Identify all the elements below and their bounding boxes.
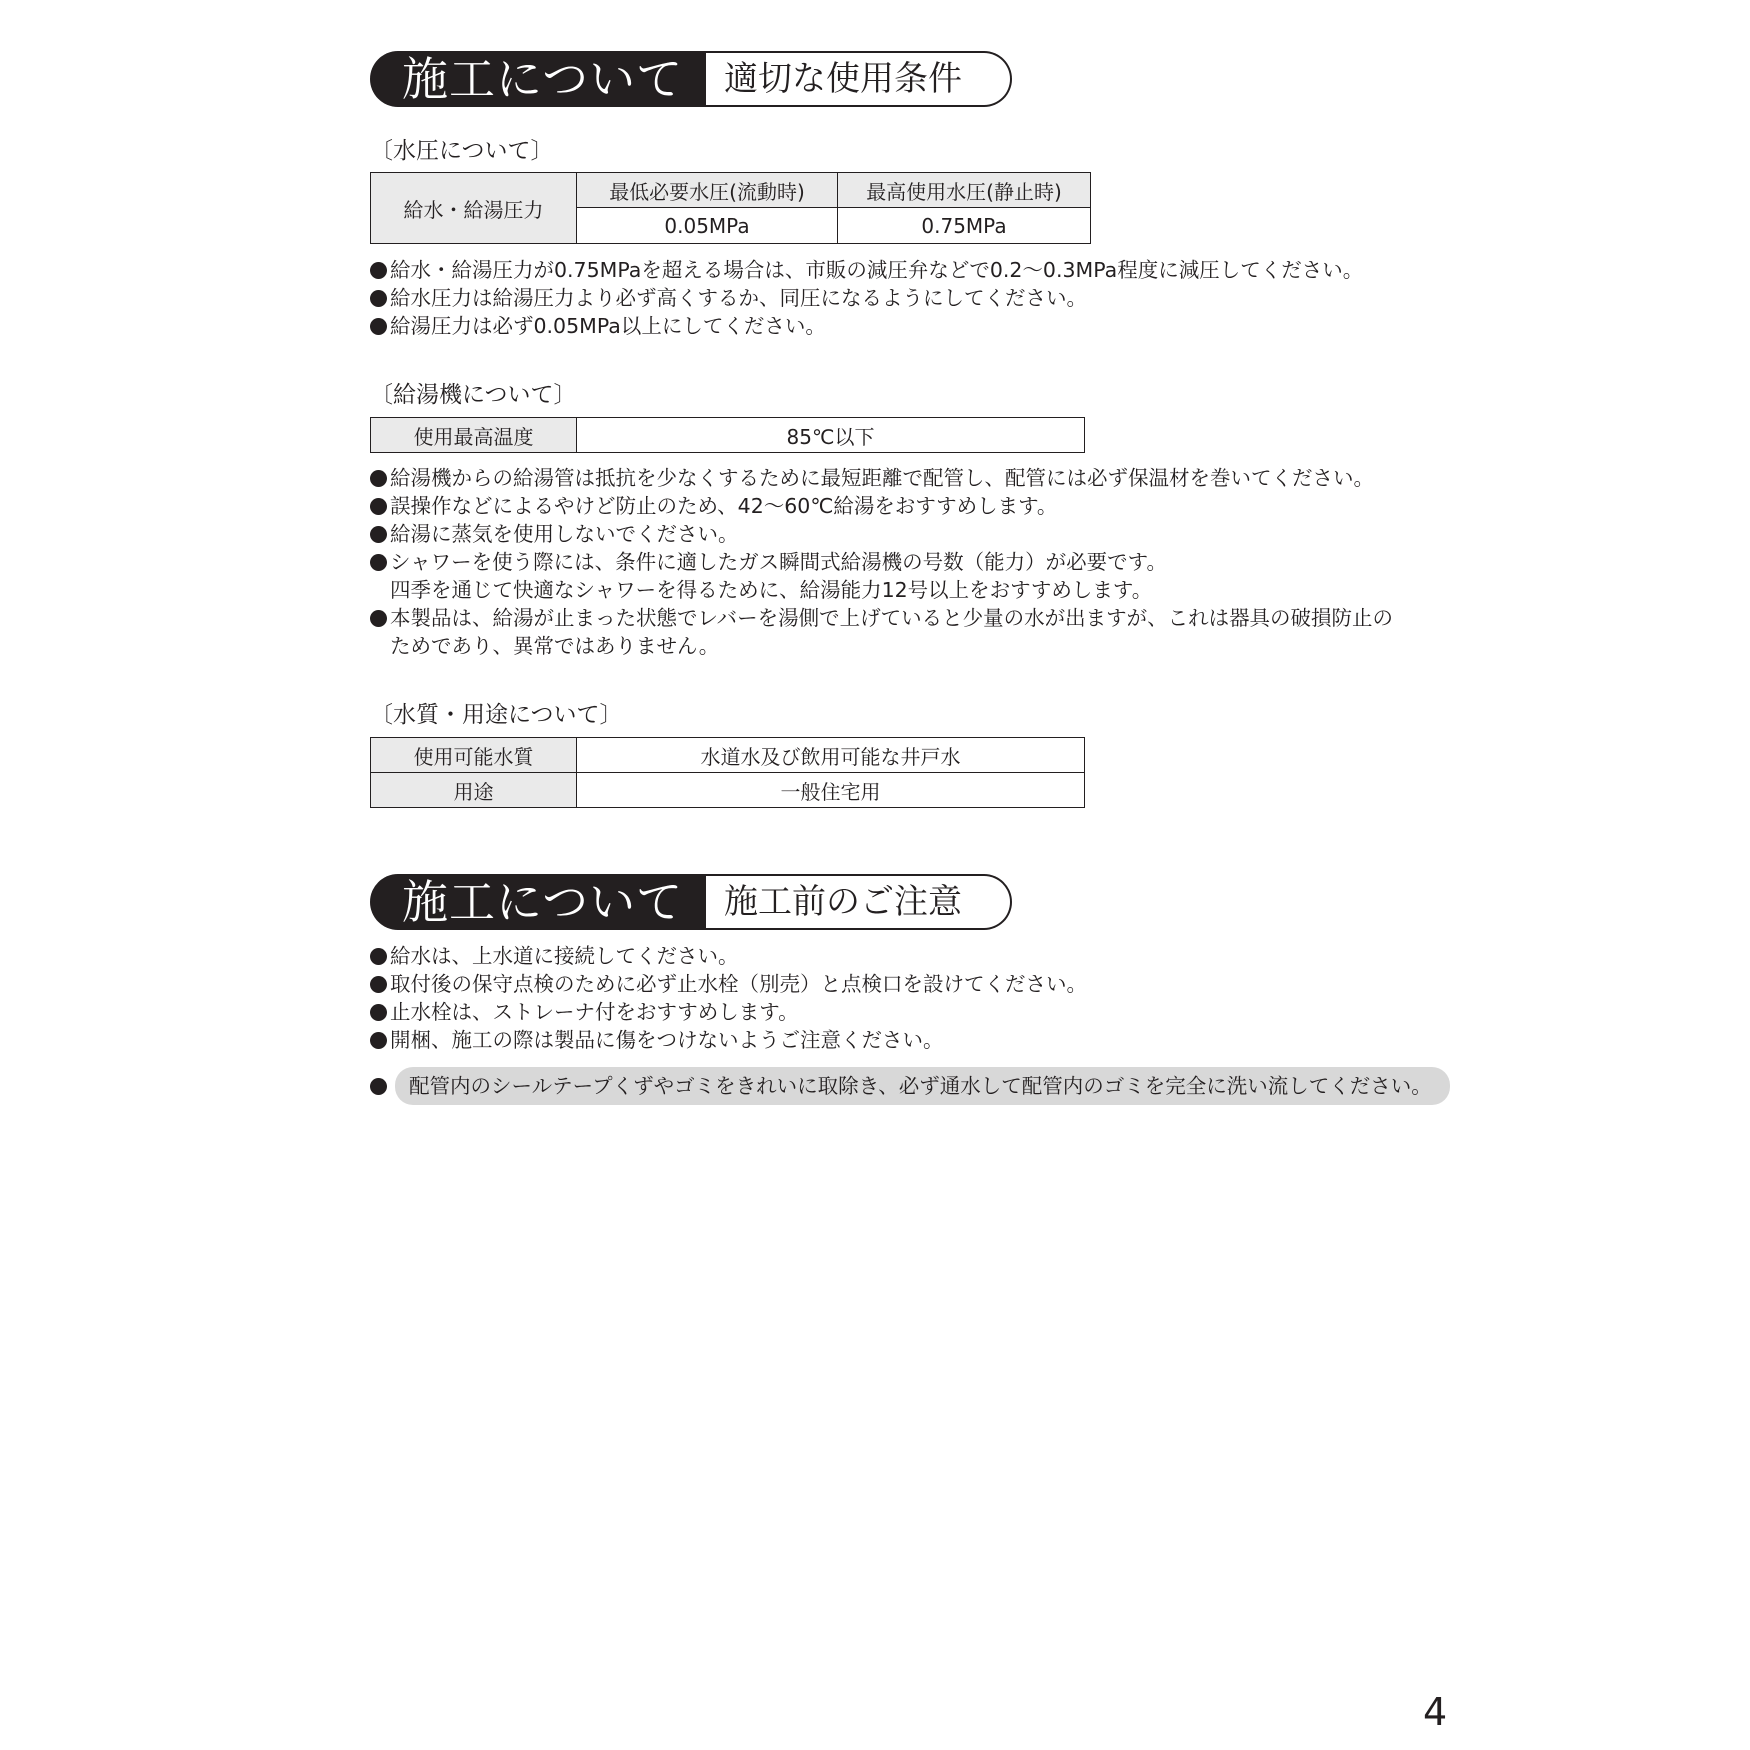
manual-page: 施工について 適切な使用条件 〔水圧について〕 給水・給湯圧力 最低必要水圧(流… <box>0 0 1750 1750</box>
table-cell-min-pressure: 0.05MPa <box>577 208 838 244</box>
highlighted-note-text: 配管内のシールテープくずやゴミをきれいに取除き、必ず通水して配管内のゴミを完全に… <box>395 1067 1450 1105</box>
water-heater-table: 使用最高温度 85℃以下 <box>370 417 1085 453</box>
subhead-water-pressure: 〔水圧について〕 <box>370 136 554 166</box>
list-item: 給水は、上水道に接続してください。 <box>370 942 1087 970</box>
subhead-water-heater: 〔給湯機について〕 <box>370 380 577 410</box>
section-header-pre-installation: 施工について 施工前のご注意 <box>370 874 1012 930</box>
bullet-icon <box>370 1078 387 1095</box>
highlighted-note: 配管内のシールテープくずやゴミをきれいに取除き、必ず通水して配管内のゴミを完全に… <box>370 1067 1450 1105</box>
table-row-label: 給水・給湯圧力 <box>371 173 577 244</box>
bullet-icon <box>370 470 387 487</box>
section-header-usage-conditions: 施工について 適切な使用条件 <box>370 51 1012 107</box>
list-item: 開梱、施工の際は製品に傷をつけないようご注意ください。 <box>370 1026 1087 1054</box>
bullet-icon <box>370 1032 387 1049</box>
list-item: 給湯圧力は必ず0.05MPa以上にしてください。 <box>370 312 1363 340</box>
subhead-water-quality: 〔水質・用途について〕 <box>370 700 623 730</box>
section-header-sub: 適切な使用条件 <box>706 51 1012 107</box>
bullet-icon <box>370 318 387 335</box>
list-item: 本製品は、給湯が止まった状態でレバーを湯側で上げていると少量の水が出ますが、これ… <box>370 604 1393 632</box>
water-quality-table: 使用可能水質 水道水及び飲用可能な井戸水 用途 一般住宅用 <box>370 737 1085 808</box>
table-cell-value: 一般住宅用 <box>577 773 1085 808</box>
bullet-icon <box>370 948 387 965</box>
water-pressure-notes: 給水・給湯圧力が0.75MPaを超える場合は、市販の減圧弁などで0.2〜0.3M… <box>370 256 1363 340</box>
section-header-sub: 施工前のご注意 <box>706 874 1012 930</box>
water-pressure-table: 給水・給湯圧力 最低必要水圧(流動時) 最高使用水圧(静止時) 0.05MPa … <box>370 172 1091 244</box>
bullet-icon <box>370 526 387 543</box>
list-item: 止水栓は、ストレーナ付をおすすめします。 <box>370 998 1087 1026</box>
bullet-icon <box>370 498 387 515</box>
list-item-continuation: ためであり、異常ではありません。 <box>370 632 1393 660</box>
list-item: 給湯に蒸気を使用しないでください。 <box>370 520 1393 548</box>
bullet-icon <box>370 262 387 279</box>
water-heater-notes: 給湯機からの給湯管は抵抗を少なくするために最短距離で配管し、配管には必ず保温材を… <box>370 464 1393 660</box>
table-cell-value: 85℃以下 <box>577 418 1085 453</box>
list-item: 給水・給湯圧力が0.75MPaを超える場合は、市販の減圧弁などで0.2〜0.3M… <box>370 256 1363 284</box>
list-item: 誤操作などによるやけど防止のため、42〜60℃給湯をおすすめします。 <box>370 492 1393 520</box>
table-row-label: 用途 <box>371 773 577 808</box>
table-row-label: 使用可能水質 <box>371 738 577 773</box>
bullet-icon <box>370 554 387 571</box>
section-header-main: 施工について <box>370 874 706 930</box>
bullet-icon <box>370 290 387 307</box>
table-col-max-pressure: 最高使用水圧(静止時) <box>838 173 1091 208</box>
list-item: 給水圧力は給湯圧力より必ず高くするか、同圧になるようにしてください。 <box>370 284 1363 312</box>
list-item: シャワーを使う際には、条件に適したガス瞬間式給湯機の号数（能力）が必要です。 <box>370 548 1393 576</box>
table-row-label: 使用最高温度 <box>371 418 577 453</box>
table-cell-value: 水道水及び飲用可能な井戸水 <box>577 738 1085 773</box>
list-item: 取付後の保守点検のために必ず止水栓（別売）と点検口を設けてください。 <box>370 970 1087 998</box>
table-col-min-pressure: 最低必要水圧(流動時) <box>577 173 838 208</box>
pre-installation-notes: 給水は、上水道に接続してください。 取付後の保守点検のために必ず止水栓（別売）と… <box>370 942 1087 1054</box>
list-item: 給湯機からの給湯管は抵抗を少なくするために最短距離で配管し、配管には必ず保温材を… <box>370 464 1393 492</box>
section-header-main: 施工について <box>370 51 706 107</box>
bullet-icon <box>370 1004 387 1021</box>
bullet-icon <box>370 610 387 627</box>
table-cell-max-pressure: 0.75MPa <box>838 208 1091 244</box>
page-number: 4 <box>1423 1690 1447 1734</box>
bullet-icon <box>370 976 387 993</box>
list-item-continuation: 四季を通じて快適なシャワーを得るために、給湯能力12号以上をおすすめします。 <box>370 576 1393 604</box>
